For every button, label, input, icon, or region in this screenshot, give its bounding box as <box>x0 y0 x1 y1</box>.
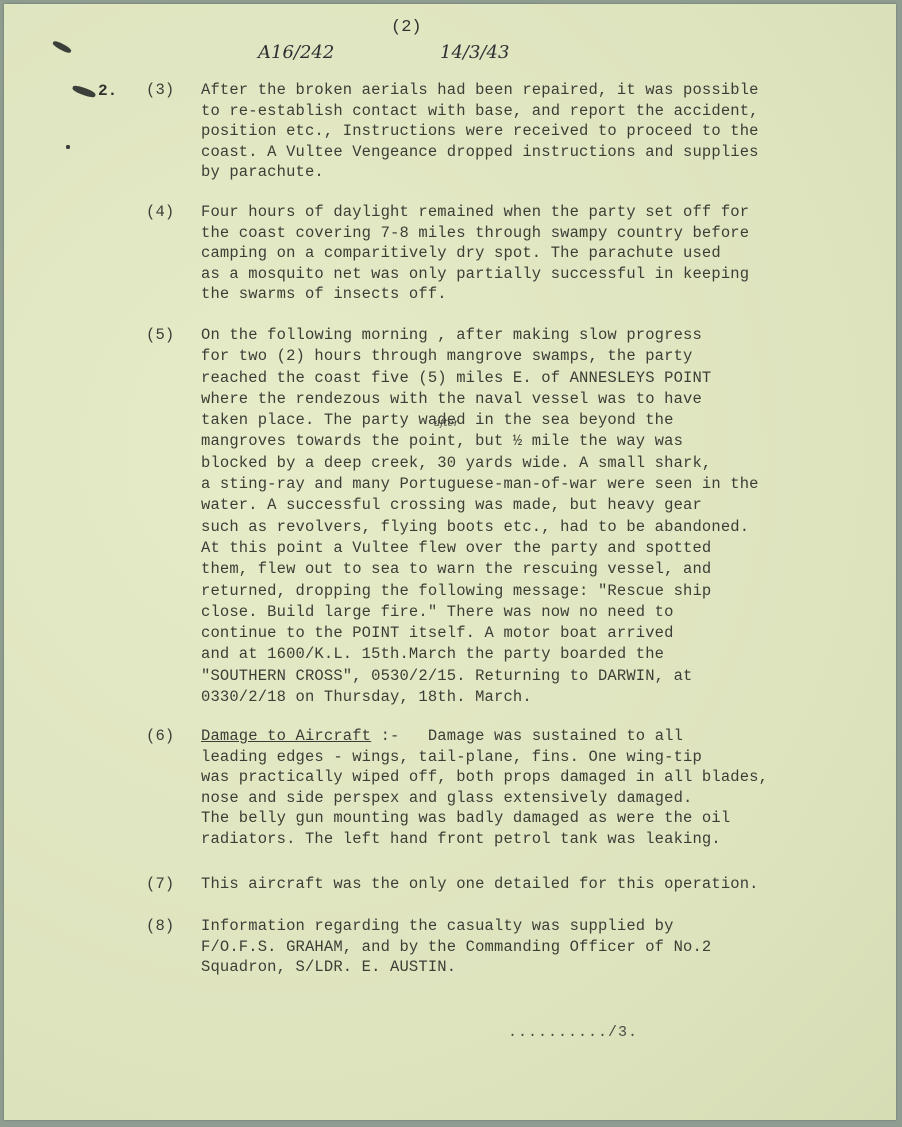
paragraph-text: Damage to Aircraft :- Damage was sustain… <box>201 726 876 849</box>
paragraph-text: Four hours of daylight remained when the… <box>201 202 876 305</box>
paragraph-7: (7) This aircraft was the only one detai… <box>146 874 876 895</box>
paragraph-number: (6) <box>146 726 196 747</box>
paragraph-6: (6) Damage to Aircraft :- Damage was sus… <box>146 726 876 849</box>
paragraph-number: (3) <box>146 80 196 101</box>
paragraph-heading: Damage to Aircraft <box>201 727 371 745</box>
paragraph-5: (5) On the following morning , after mak… <box>146 325 876 708</box>
ink-dot-icon <box>66 145 70 149</box>
section-number: 2. <box>98 82 117 100</box>
paragraph-3: (3) After the broken aerials had been re… <box>146 80 876 183</box>
paragraph-number: (5) <box>146 325 196 346</box>
heading-suffix: :- <box>371 727 428 745</box>
paragraph-text: Information regarding the casualty was s… <box>201 916 876 978</box>
handwritten-date: 14/3/43 <box>440 42 509 63</box>
paragraph-text: On the following morning , after making … <box>201 325 876 708</box>
paragraph-number: (7) <box>146 874 196 895</box>
page-continuation-marker: ........../3. <box>508 1024 638 1041</box>
paragraph-4: (4) Four hours of daylight remained when… <box>146 202 876 305</box>
paragraph-body: Damage was sustained to all leading edge… <box>201 727 768 848</box>
page-number: (2) <box>391 18 422 37</box>
paragraph-text: After the broken aerials had been repair… <box>201 80 876 183</box>
handwritten-file-reference: A16/242 <box>258 42 334 63</box>
paragraph-8: (8) Information regarding the casualty w… <box>146 916 876 978</box>
paragraph-number: (4) <box>146 202 196 223</box>
paragraph-text: This aircraft was the only one detailed … <box>201 874 876 895</box>
paragraph-number: (8) <box>146 916 196 937</box>
handwritten-annotation: after <box>434 418 458 429</box>
